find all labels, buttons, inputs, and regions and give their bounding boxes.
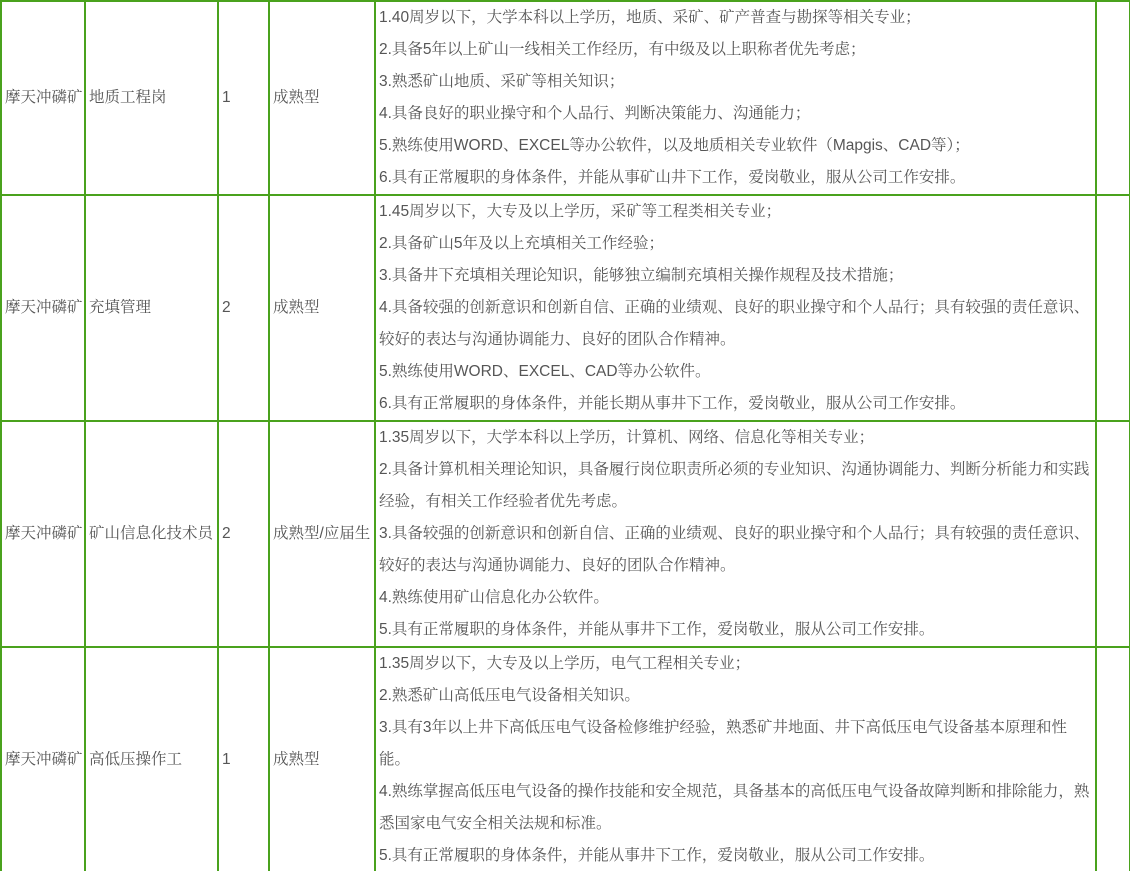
- requirement-line: 3.熟悉矿山地质、采矿等相关知识；: [379, 66, 1095, 98]
- empty-cell: [1096, 195, 1130, 421]
- empty-cell: [1096, 1, 1130, 195]
- mine-cell: 摩天冲磷矿: [1, 1, 85, 195]
- requirement-line: 3.具备较强的创新意识和创新自信、正确的业绩观、良好的职业操守和个人品行；具有较…: [379, 518, 1095, 582]
- requirement-line: 6.具有正常履职的身体条件，并能从事矿山井下工作，爱岗敬业，服从公司工作安排。: [379, 162, 1095, 194]
- requirement-line: 2.具备5年以上矿山一线相关工作经历，有中级及以上职称者优先考虑；: [379, 34, 1095, 66]
- requirement-line: 4.熟练使用矿山信息化办公软件。: [379, 582, 1095, 614]
- requirement-line: 5.熟练使用WORD、EXCEL等办公软件，以及地质相关专业软件（Mapgis、…: [379, 130, 1095, 162]
- requirement-line: 1.35周岁以下，大专及以上学历，电气工程相关专业；: [379, 648, 1095, 680]
- requirement-line: 1.40周岁以下，大学本科以上学历，地质、采矿、矿产普查与勘探等相关专业；: [379, 2, 1095, 34]
- requirement-line: 5.具有正常履职的身体条件，并能从事井下工作，爱岗敬业，服从公司工作安排。: [379, 614, 1095, 646]
- requirement-line: 2.熟悉矿山高低压电气设备相关知识。: [379, 680, 1095, 712]
- mine-cell: 摩天冲磷矿: [1, 647, 85, 871]
- requirement-line: 4.具备较强的创新意识和创新自信、正确的业绩观、良好的职业操守和个人品行；具有较…: [379, 292, 1095, 356]
- type-cell: 成熟型: [269, 647, 375, 871]
- headcount-cell: 1: [218, 1, 269, 195]
- headcount-cell: 1: [218, 647, 269, 871]
- job-table: 摩天冲磷矿 地质工程岗 1 成熟型 1.40周岁以下，大学本科以上学历，地质、采…: [0, 0, 1130, 871]
- requirement-line: 4.熟练掌握高低压电气设备的操作技能和安全规范，具备基本的高低压电气设备故障判断…: [379, 776, 1095, 840]
- requirement-line: 1.35周岁以下，大学本科以上学历，计算机、网络、信息化等相关专业；: [379, 422, 1095, 454]
- requirements-cell: 1.35周岁以下，大专及以上学历，电气工程相关专业； 2.熟悉矿山高低压电气设备…: [375, 647, 1096, 871]
- table-row: 摩天冲磷矿 矿山信息化技术员 2 成熟型/应届生 1.35周岁以下，大学本科以上…: [1, 421, 1130, 647]
- requirement-line: 5.熟练使用WORD、EXCEL、CAD等办公软件。: [379, 356, 1095, 388]
- requirement-line: 2.具备矿山5年及以上充填相关工作经验；: [379, 228, 1095, 260]
- position-cell: 矿山信息化技术员: [85, 421, 218, 647]
- table-row: 摩天冲磷矿 高低压操作工 1 成熟型 1.35周岁以下，大专及以上学历，电气工程…: [1, 647, 1130, 871]
- requirement-line: 3.具有3年以上井下高低压电气设备检修维护经验，熟悉矿井地面、井下高低压电气设备…: [379, 712, 1095, 776]
- type-cell: 成熟型: [269, 1, 375, 195]
- requirement-line: 1.45周岁以下，大专及以上学历，采矿等工程类相关专业；: [379, 196, 1095, 228]
- position-cell: 充填管理: [85, 195, 218, 421]
- requirement-line: 2.具备计算机相关理论知识，具备履行岗位职责所必须的专业知识、沟通协调能力、判断…: [379, 454, 1095, 518]
- empty-cell: [1096, 421, 1130, 647]
- requirement-line: 6.具有正常履职的身体条件，并能长期从事井下工作，爱岗敬业，服从公司工作安排。: [379, 388, 1095, 420]
- type-cell: 成熟型/应届生: [269, 421, 375, 647]
- requirement-line: 5.具有正常履职的身体条件，并能从事井下工作，爱岗敬业，服从公司工作安排。: [379, 840, 1095, 871]
- requirement-line: 4.具备良好的职业操守和个人品行、判断决策能力、沟通能力；: [379, 98, 1095, 130]
- mine-cell: 摩天冲磷矿: [1, 421, 85, 647]
- requirement-line: 3.具备井下充填相关理论知识，能够独立编制充填相关操作规程及技术措施；: [379, 260, 1095, 292]
- headcount-cell: 2: [218, 421, 269, 647]
- headcount-cell: 2: [218, 195, 269, 421]
- mine-cell: 摩天冲磷矿: [1, 195, 85, 421]
- type-cell: 成熟型: [269, 195, 375, 421]
- table-row: 摩天冲磷矿 充填管理 2 成熟型 1.45周岁以下，大专及以上学历，采矿等工程类…: [1, 195, 1130, 421]
- position-cell: 高低压操作工: [85, 647, 218, 871]
- requirements-cell: 1.45周岁以下，大专及以上学历，采矿等工程类相关专业； 2.具备矿山5年及以上…: [375, 195, 1096, 421]
- table-row: 摩天冲磷矿 地质工程岗 1 成熟型 1.40周岁以下，大学本科以上学历，地质、采…: [1, 1, 1130, 195]
- empty-cell: [1096, 647, 1130, 871]
- requirements-cell: 1.40周岁以下，大学本科以上学历，地质、采矿、矿产普查与勘探等相关专业； 2.…: [375, 1, 1096, 195]
- requirements-cell: 1.35周岁以下，大学本科以上学历，计算机、网络、信息化等相关专业； 2.具备计…: [375, 421, 1096, 647]
- position-cell: 地质工程岗: [85, 1, 218, 195]
- page: 摩天冲磷矿 地质工程岗 1 成熟型 1.40周岁以下，大学本科以上学历，地质、采…: [0, 0, 1130, 871]
